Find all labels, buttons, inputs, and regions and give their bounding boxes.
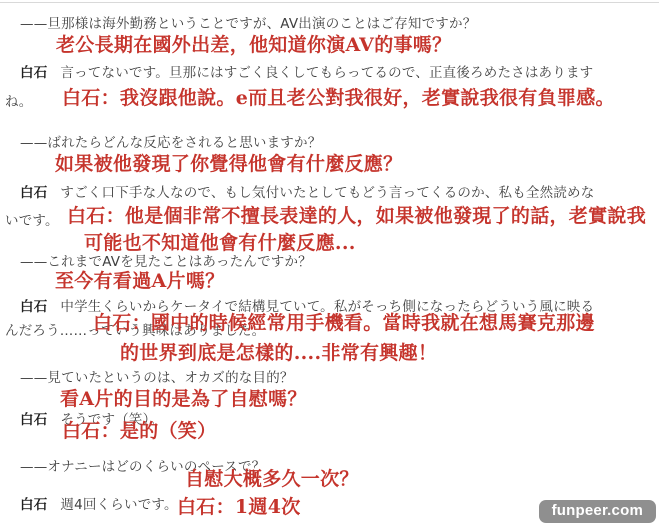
answer-continuation-jp: ね。 [5,90,32,110]
answer-text-jp: 週4回くらいです。 [60,497,177,513]
speaker-name: 白石 [20,497,47,513]
speaker-name: 白石 [20,65,47,81]
answer-line-jp: 白石週4回くらいです。 [20,493,178,513]
speaker-name: 白石 [20,299,47,315]
answer-continuation-jp: いです。 [5,209,59,229]
answer-line-jp: 白石言ってないです。旦那にはすごく良くしてもらってるので、正直後ろめたさはありま… [20,61,593,81]
translation-zh: 至今有看過A片嗎？ [55,266,224,293]
answer-line-jp: 白石すごく口下手な人なので、もし気付いたとしてもどう言ってくるのか、私も全然読め… [20,181,594,201]
translation-zh: 看A片的目的是為了自慰嗎？ [60,384,307,411]
answer-text-jp: すごく口下手な人なので、もし気付いたとしてもどう言ってくるのか、私も全然読めな [60,185,594,201]
interview-question-jp: ——見ていたというのは、オカズ的な目的？ [20,366,294,386]
interview-question-jp: ——旦那様は海外勤務ということですが、AV出演のことはご存知ですか？ [20,12,476,32]
translation-zh: 白石：1週4次 [177,492,301,519]
top-divider [0,2,659,3]
translation-zh: 如果被他發現了你覺得他會有什麼反應？ [55,149,402,176]
translation-zh: 白石：我沒跟他說。e而且老公對我很好，老實說我很有負罪感。 [62,83,615,110]
translation-zh: 老公長期在國外出差，他知道你演AV的事嗎？ [56,30,451,57]
translation-zh: 白石：是的（笑） [62,416,216,443]
interview-transcript-page: ——旦那様は海外勤務ということですが、AV出演のことはご存知ですか？ 老公長期在… [0,0,659,525]
translation-zh: 白石：國中的時候經常用手機看。當時我就在想馬賽克那邊 [93,308,595,335]
translation-zh: 自慰大概多久一次？ [185,464,359,491]
translation-zh: 的世界到底是怎樣的....非常有興趣！ [120,338,437,365]
translation-zh: 白石：他是個非常不擅長表達的人，如果被他發現了的話，老實說我 [67,201,646,228]
speaker-name: 白石 [20,412,47,428]
watermark-badge: funpeer.com [539,500,656,523]
answer-text-jp: 言ってないです。旦那にはすごく良くしてもらってるので、正直後ろめたさはあります [60,65,593,81]
interview-question-jp: ——ばれたらどんな反応をされると思いますか？ [20,131,321,151]
speaker-name: 白石 [20,185,47,201]
